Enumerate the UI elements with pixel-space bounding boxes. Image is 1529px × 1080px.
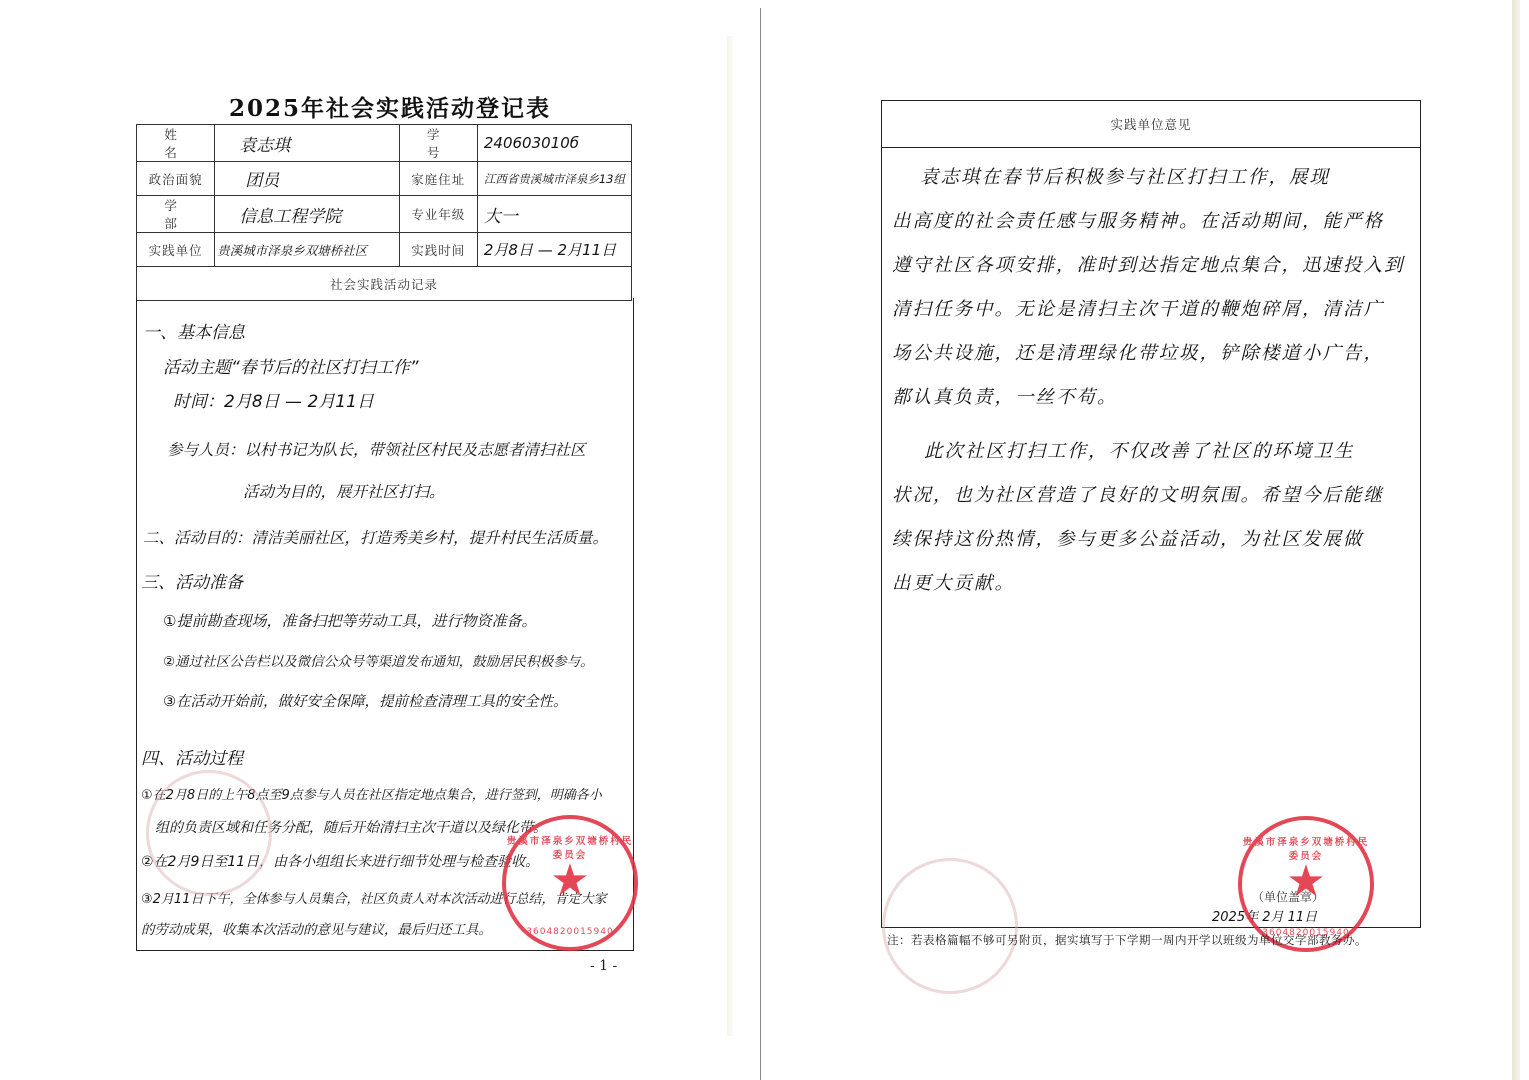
- opinion-line: 清扫任务中。无论是清扫主次干道的鞭炮碎屑，清洁广: [892, 295, 1384, 321]
- opinion-line: 都认真负责，一丝不苟。: [892, 383, 1118, 409]
- record-heading-basic-info: 一、基本信息: [143, 318, 245, 343]
- opinion-line: 场公共设施，还是清理绿化带垃圾，铲除楼道小广告，: [892, 339, 1384, 365]
- record-heading-purpose: 二、活动目的：清洁美丽社区，打造秀美乡村，提升村民生活质量。: [143, 526, 608, 548]
- practice-unit-label: 实践单位: [137, 233, 215, 267]
- record-line: 活动主题“春节后的社区打扫工作”: [163, 353, 419, 378]
- record-line: 的劳动成果，收集本次活动的意见与建议，最后归还工具。: [141, 918, 492, 938]
- department-label: 学 部: [137, 196, 215, 233]
- political-status-value: 团员: [215, 162, 399, 196]
- stamp-code: 3604820015940: [506, 927, 634, 937]
- unit-opinion-box: 实践单位意见 袁志琪在春节后积极参与社区打扫工作，展现 出高度的社会责任感与服务…: [881, 100, 1421, 928]
- faded-stamp-left: [146, 770, 272, 896]
- star-icon: ★: [550, 855, 589, 906]
- record-heading-preparation: 三、活动准备: [141, 568, 243, 593]
- student-id-value: 240603010б: [477, 125, 631, 162]
- practice-time-label: 实践时间: [399, 233, 477, 267]
- record-section-title: 社会实践活动记录: [137, 267, 632, 301]
- major-grade-value: 大一: [477, 196, 631, 233]
- opinion-line: 遵守社区各项安排，准时到达指定地点集合，迅速投入到: [892, 251, 1405, 277]
- document-title: 2025年社会实践活动登记表: [130, 90, 650, 123]
- opinion-line: 状况，也为社区营造了良好的文明氛围。希望今后能继: [892, 481, 1384, 507]
- name-label: 姓 名: [137, 125, 215, 162]
- unit-opinion-title: 实践单位意见: [882, 101, 1420, 148]
- practice-time-value: 2月8日 — 2月11日: [477, 233, 631, 267]
- record-line: 活动为目的，展开社区打扫。: [243, 480, 445, 502]
- opinion-line: 续保持这份热情，参与更多公益活动，为社区发展做: [892, 525, 1364, 551]
- footnote: 注：若表格篇幅不够可另附页，据实填写于下学期一周内开学以班级为单位交学部教务办。: [887, 932, 1367, 948]
- record-line: ②通过社区公告栏以及微信公众号等渠道发布通知，鼓励居民积极参与。: [163, 650, 594, 670]
- opinion-line: 出更大贡献。: [892, 569, 1015, 595]
- faded-stamp-right: [882, 858, 1018, 994]
- star-icon: ★: [1286, 856, 1325, 907]
- record-heading-process: 四、活动过程: [141, 744, 243, 769]
- opinion-line: 袁志琪在春节后积极参与社区打扫工作，展现: [920, 163, 1330, 189]
- record-line: ③在活动开始前，做好安全保障，提前检查清理工具的安全性。: [163, 690, 568, 711]
- official-stamp-left: 贵溪市泽泉乡双塘桥村民委员会 ★ 3604820015940: [502, 815, 638, 951]
- page-number: - 1 -: [590, 958, 617, 974]
- student-id-label: 学 号: [399, 125, 477, 162]
- home-address-label: 家庭住址: [399, 162, 477, 196]
- record-line: 参与人员：以村书记为队长，带领社区村民及志愿者清扫社区: [167, 438, 586, 460]
- home-address-value: 江西省贵溪城市泽泉乡13组: [477, 162, 631, 196]
- record-line: 时间：2月8日 — 2月11日: [173, 387, 374, 412]
- opinion-line: 此次社区打扫工作，不仅改善了社区的环境卫生: [924, 437, 1355, 463]
- practice-unit-value: 贵溪城市泽泉乡双塘桥社区: [215, 233, 399, 267]
- name-value: 袁志琪: [215, 125, 399, 162]
- major-grade-label: 专业年级: [399, 196, 477, 233]
- registration-table: 姓 名 袁志琪 学 号 240603010б 政治面貌 团员 家庭住址 江西省贵…: [136, 124, 632, 301]
- opinion-line: 出高度的社会责任感与服务精神。在活动期间，能严格: [892, 207, 1384, 233]
- record-line: ①提前勘查现场，准备扫把等劳动工具，进行物资准备。: [163, 610, 536, 631]
- political-status-label: 政治面貌: [137, 162, 215, 196]
- department-value: 信息工程学院: [215, 196, 399, 233]
